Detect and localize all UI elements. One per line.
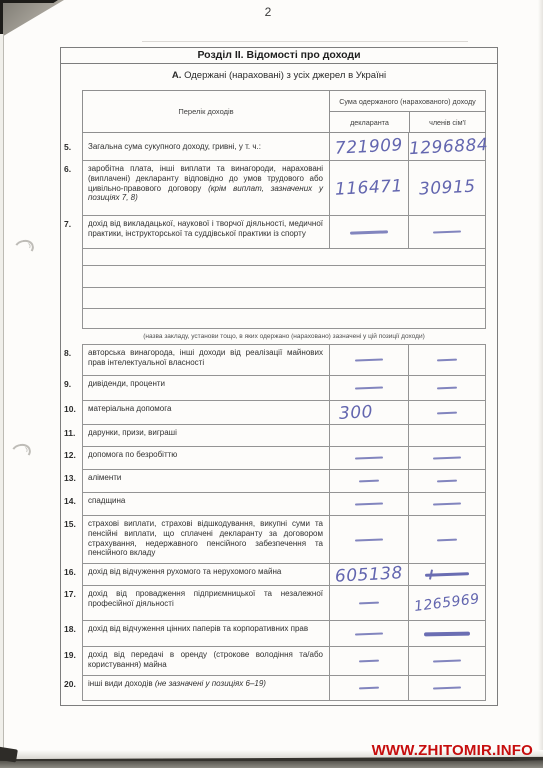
family-value <box>408 425 485 446</box>
margin-curl-mark <box>12 238 35 258</box>
row-label-text: страхові виплати, страхові відшкодування… <box>88 519 323 557</box>
declarant-value: 116471 <box>329 161 408 215</box>
row-label: матеріальна допомога <box>83 401 329 424</box>
institution-blank-row <box>82 288 486 309</box>
declarant-value <box>329 493 408 515</box>
row-label-text: дохід від відчуження рухомого та нерухом… <box>88 567 281 576</box>
declarant-value: 300 <box>329 401 408 424</box>
dash-mark <box>433 660 461 663</box>
page-right-shadow <box>538 0 543 768</box>
family-value <box>408 564 485 585</box>
dash-mark <box>355 503 383 506</box>
table-row: 6.заробітна плата, інші виплати та винаг… <box>82 161 486 216</box>
institution-note: (назва закладу, установи тощо, в яких од… <box>82 329 486 344</box>
row-label-text: матеріальна допомога <box>88 404 171 413</box>
family-value <box>408 345 485 375</box>
folded-corner-artifact <box>0 0 64 38</box>
dash-mark <box>437 359 457 362</box>
row-label-text: дарунки, призи, виграші <box>88 428 177 437</box>
institution-blank-section: (назва закладу, установи тощо, в яких од… <box>82 249 486 344</box>
row-number: 11. <box>64 428 81 438</box>
declarant-value <box>329 425 408 446</box>
table-row: 12.допомога по безробіттю <box>82 447 486 470</box>
dash-mark <box>433 231 461 234</box>
dash-mark <box>359 480 379 483</box>
institution-blank-row <box>82 266 486 288</box>
table-row: 14.спадщина <box>82 493 486 516</box>
dash-mark <box>355 632 383 635</box>
table-header: Перелік доходів Сума одержаного (нарахов… <box>82 90 486 133</box>
declarant-value <box>329 216 408 248</box>
row-number: 16. <box>64 567 81 577</box>
table-row: 20.інші види доходів (не зазначені у поз… <box>82 676 486 701</box>
row-label-text: Загальна сума сукупного доходу, гривні, … <box>88 142 261 151</box>
row-label: дивіденди, проценти <box>83 376 329 400</box>
bottom-corner-artifact <box>0 747 18 763</box>
row-number: 19. <box>64 650 81 660</box>
family-value: 1296884 <box>408 133 488 160</box>
row-number: 10. <box>64 404 81 414</box>
table-row: 7.дохід від викладацької, наукової і тво… <box>82 216 486 249</box>
row-label-text: аліменти <box>88 473 121 482</box>
row-number: 5. <box>64 142 81 152</box>
dash-mark <box>355 387 383 390</box>
declarant-value <box>329 376 408 400</box>
dash-mark <box>425 572 469 576</box>
row-number: 7. <box>64 219 81 229</box>
family-value: 1265969 <box>408 586 485 620</box>
column-header-income-list: Перелік доходів <box>83 91 329 132</box>
family-value <box>408 401 485 424</box>
row-label: дохід від викладацької, наукової і творч… <box>83 216 329 248</box>
family-value <box>408 676 485 700</box>
handwritten-value: 116471 <box>335 176 404 200</box>
row-label: дохід від провадження підприємницької та… <box>83 586 329 620</box>
income-declaration-form: Розділ II. Відомості про доходи А. Одерж… <box>60 47 498 706</box>
row-number: 13. <box>64 473 81 483</box>
family-value <box>408 216 485 248</box>
row-label: страхові виплати, страхові відшкодування… <box>83 516 329 563</box>
row-label: Загальна сума сукупного доходу, гривні, … <box>83 133 329 160</box>
row-label-text: інші види доходів <box>88 679 155 688</box>
table-row: 19.дохід від передачі в оренду (строкове… <box>82 647 486 676</box>
page-left-edge-line <box>3 34 4 752</box>
row-number: 6. <box>64 164 81 174</box>
dash-mark <box>437 411 457 414</box>
dash-mark <box>433 503 461 506</box>
table-rows-bottom: 8.авторська винагорода, інші доходи від … <box>82 344 486 701</box>
row-number: 15. <box>64 519 81 529</box>
row-label: дохід від відчуження рухомого та нерухом… <box>83 564 329 585</box>
table-row: 15.страхові виплати, страхові відшкодува… <box>82 516 486 564</box>
dash-mark <box>355 457 383 460</box>
row-label: дохід від передачі в оренду (строкове во… <box>83 647 329 675</box>
column-header-family: членів сім'ї <box>409 112 485 132</box>
declarant-value: 605138 <box>329 564 408 585</box>
dash-mark <box>433 457 461 460</box>
handwritten-value: 30915 <box>418 177 476 200</box>
handwritten-value: 605138 <box>335 563 404 587</box>
margin-curl-mark <box>9 442 32 462</box>
row-label-text: допомога по безробіттю <box>88 450 177 459</box>
row-number: 18. <box>64 624 81 634</box>
row-number: 8. <box>64 348 81 358</box>
table-row: 5.Загальна сума сукупного доходу, гривні… <box>82 133 486 161</box>
column-header-declarant: декларанта <box>330 112 409 132</box>
dash-mark <box>433 687 461 690</box>
page-number: 2 <box>258 5 278 19</box>
column-header-sum: Сума одержаного (нарахованого) доходу <box>330 91 485 112</box>
row-label: авторська винагорода, інші доходи від ре… <box>83 345 329 375</box>
scanned-document-page: 2 Розділ II. Відомості про доходи А. Оде… <box>0 0 543 768</box>
row-label-text: авторська винагорода, інші доходи від ре… <box>88 348 323 367</box>
family-value <box>408 516 485 563</box>
row-label-italic: (не зазначені у позиціях 6–19) <box>155 679 266 688</box>
declarant-value <box>329 345 408 375</box>
handwritten-value: 1265969 <box>413 591 480 615</box>
handwritten-value: 1296884 <box>409 134 489 158</box>
declarant-value: 721909 <box>329 133 408 160</box>
declarant-value <box>329 447 408 469</box>
row-number: 20. <box>64 679 81 689</box>
row-number: 9. <box>64 379 81 389</box>
table-row: 16.дохід від відчуження рухомого та неру… <box>82 564 486 586</box>
scanner-background <box>0 761 543 768</box>
table-row: 13.аліменти <box>82 470 486 493</box>
row-label: дохід від відчуження цінних паперів та к… <box>83 621 329 646</box>
row-label: інші види доходів (не зазначені у позиці… <box>83 676 329 700</box>
table-row: 10.матеріальна допомога300 <box>82 401 486 425</box>
institution-blank-row <box>82 249 486 266</box>
family-value <box>408 493 485 515</box>
dash-mark <box>437 538 457 541</box>
row-label-text: дивіденди, проценти <box>88 379 165 388</box>
table-row: 18.дохід від відчуження цінних паперів т… <box>82 621 486 647</box>
table-row: 9.дивіденди, проценти <box>82 376 486 401</box>
subsection-text: Одержані (нараховані) з усіх джерел в Ук… <box>184 70 386 81</box>
table-row: 17.дохід від провадження підприємницької… <box>82 586 486 621</box>
corner-edge-left <box>0 0 3 36</box>
dash-mark <box>355 538 383 541</box>
family-value: 30915 <box>408 161 485 215</box>
handwritten-value: 721909 <box>335 135 404 159</box>
declarant-value <box>329 516 408 563</box>
row-label-text: дохід від передачі в оренду (строкове во… <box>88 650 323 669</box>
row-number: 14. <box>64 496 81 506</box>
subsection-letter: А. <box>172 70 182 81</box>
row-number: 17. <box>64 589 81 599</box>
subsection-title: А. Одержані (нараховані) з усіх джерел в… <box>61 70 497 81</box>
row-label: спадщина <box>83 493 329 515</box>
institution-blank-row <box>82 309 486 329</box>
section-title: Розділ II. Відомості про доходи <box>61 48 497 64</box>
dash-mark <box>359 660 379 663</box>
declarant-value <box>329 647 408 675</box>
family-value <box>408 621 485 646</box>
declarant-value <box>329 676 408 700</box>
table-row: 8.авторська винагорода, інші доходи від … <box>82 344 486 376</box>
dash-mark <box>437 387 457 390</box>
scan-artifact-line <box>142 41 468 42</box>
dash-mark <box>424 631 470 635</box>
row-label-text: дохід від провадження підприємницької та… <box>88 589 323 608</box>
row-label: аліменти <box>83 470 329 492</box>
table-row: 11.дарунки, призи, виграші <box>82 425 486 447</box>
family-value <box>408 470 485 492</box>
income-table: Перелік доходів Сума одержаного (нарахов… <box>82 90 486 701</box>
family-value <box>408 447 485 469</box>
row-label: допомога по безробіттю <box>83 447 329 469</box>
handwritten-value: 300 <box>338 402 373 424</box>
row-number: 12. <box>64 450 81 460</box>
declarant-value <box>329 586 408 620</box>
dash-mark <box>437 480 457 483</box>
dash-mark <box>355 359 383 362</box>
column-header-sum-group: Сума одержаного (нарахованого) доходу де… <box>329 91 485 132</box>
column-header-split: декларанта членів сім'ї <box>330 112 485 132</box>
row-label-text: дохід від відчуження цінних паперів та к… <box>88 624 308 633</box>
declarant-value <box>329 621 408 646</box>
family-value <box>408 647 485 675</box>
row-label: заробітна плата, інші виплати та винагор… <box>83 161 329 215</box>
table-rows-top: 5.Загальна сума сукупного доходу, гривні… <box>82 133 486 249</box>
family-value <box>408 376 485 400</box>
dash-mark <box>359 602 379 605</box>
corner-edge-top <box>0 0 58 3</box>
row-label: дарунки, призи, виграші <box>83 425 329 446</box>
dash-mark <box>359 687 379 690</box>
row-label-text: дохід від викладацької, наукової і творч… <box>88 219 323 238</box>
dash-mark <box>350 230 388 234</box>
row-label-text: спадщина <box>88 496 125 505</box>
declarant-value <box>329 470 408 492</box>
